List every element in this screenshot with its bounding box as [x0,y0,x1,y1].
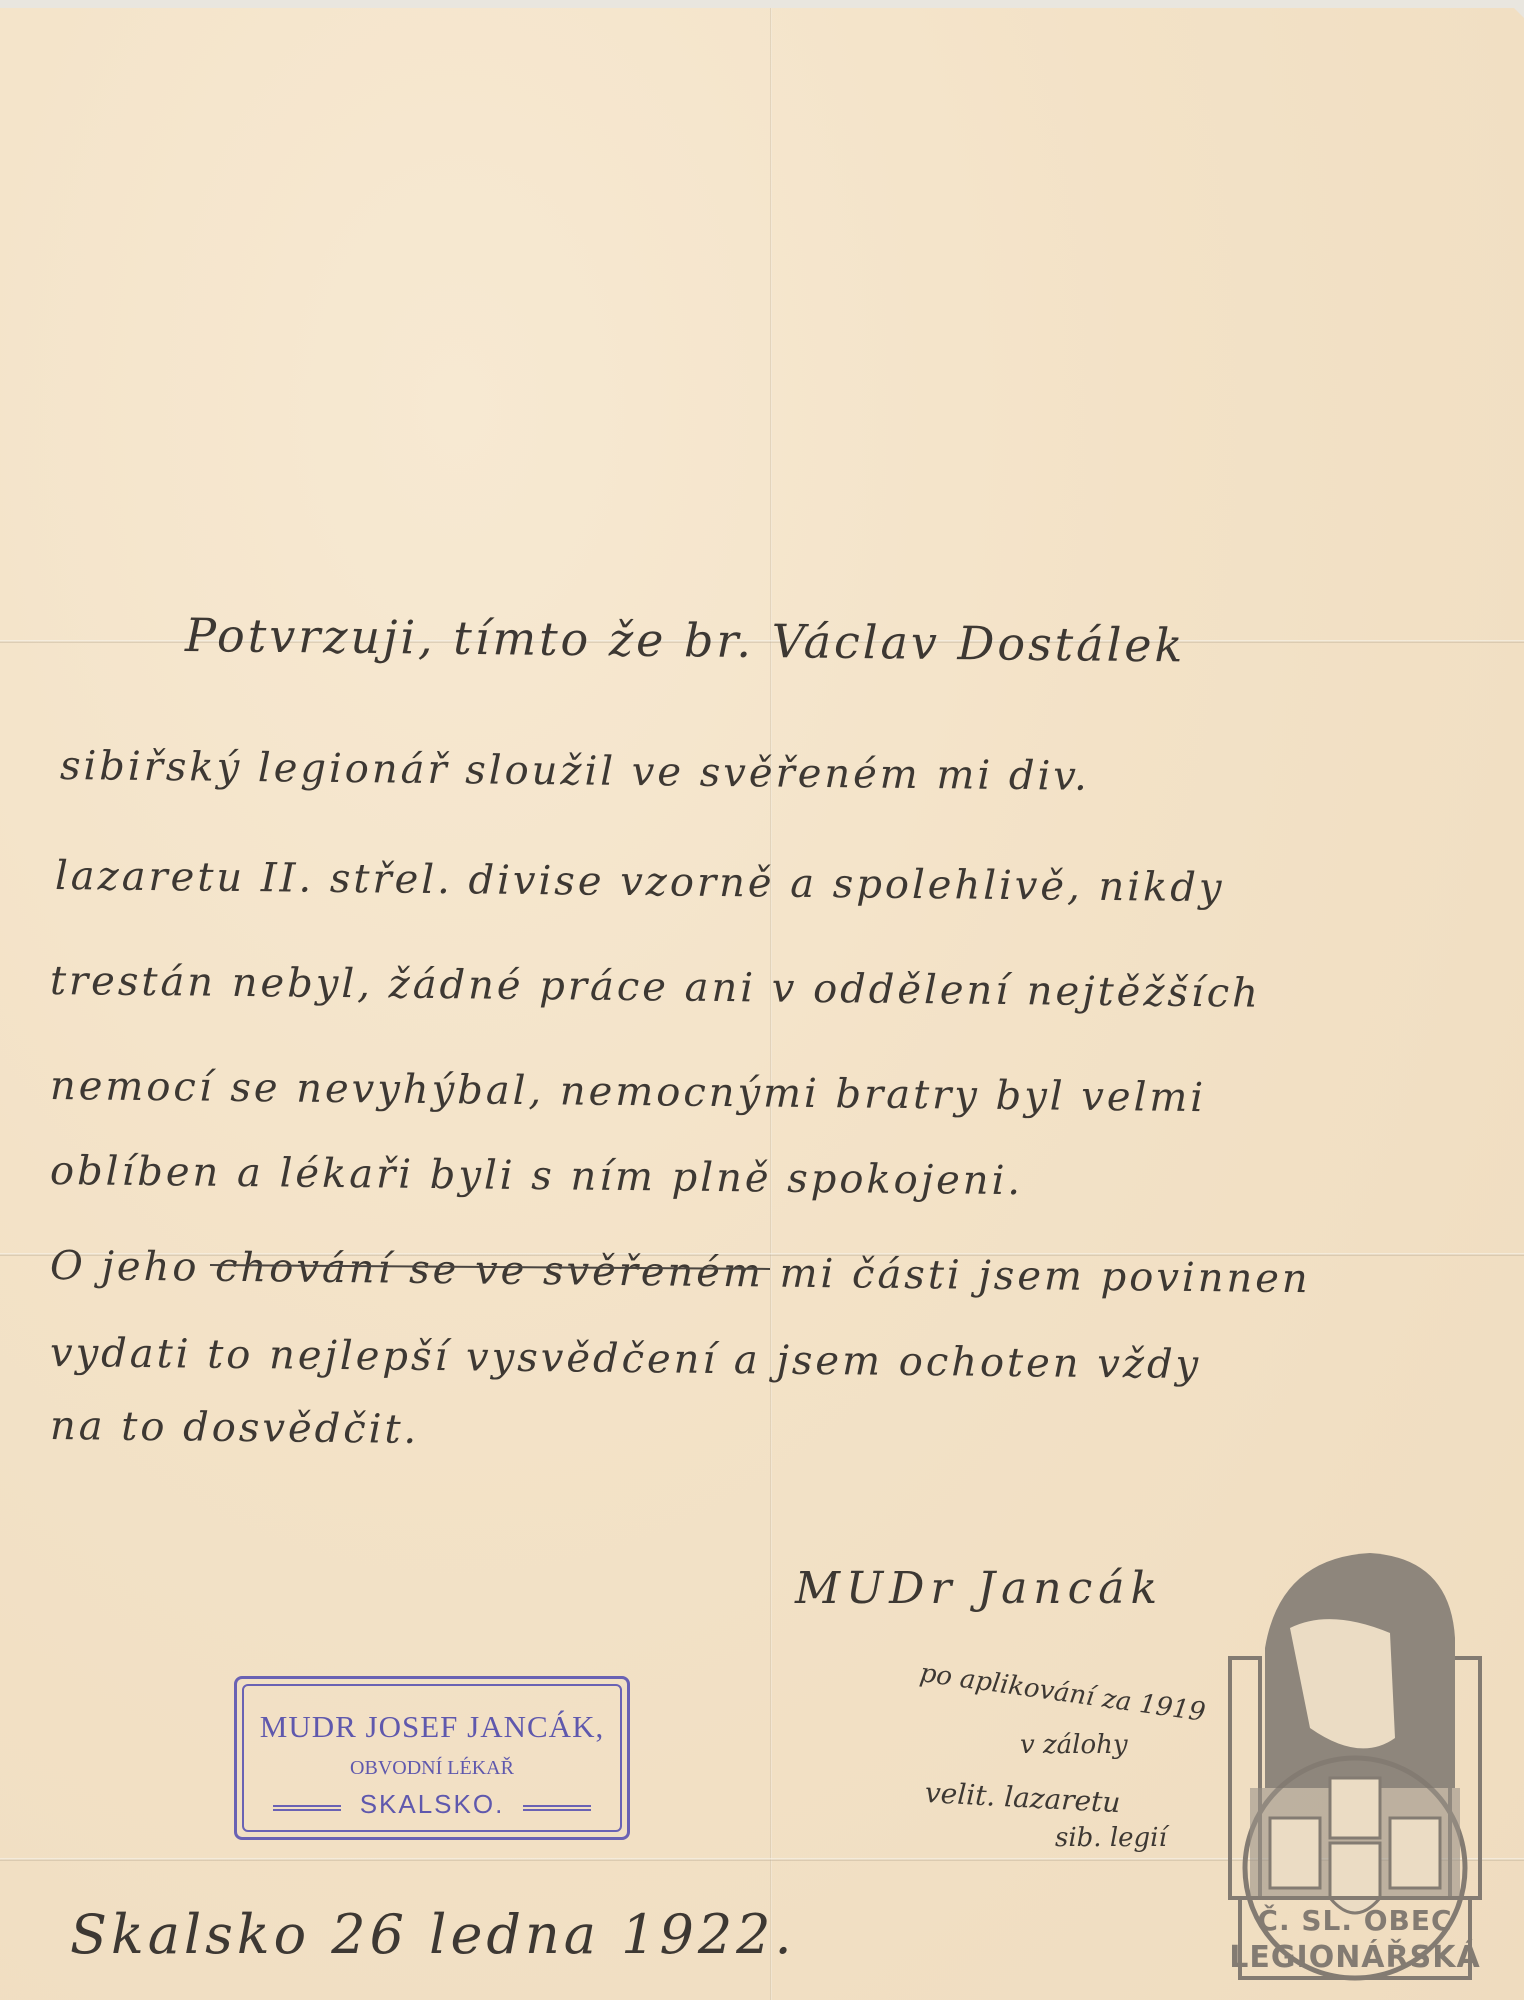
body-line-7: O jeho chování se ve svěřeném mi části j… [50,1243,1311,1302]
stamp-rule-right [523,1805,591,1811]
body-line-5: nemocí se nevyhýbal, nemocnými bratry by… [50,1063,1207,1121]
legion-watermark-logo: Č. SL. OBEC LEGIONÁŘSKÁ [1220,1538,1490,1988]
body-line-2: sibiřský legionář sloužil ve svěřeném mi… [60,743,1090,800]
stamp-name: MUDR JOSEF JANCÁK, [237,1709,627,1745]
paper-sheet: Potvrzuji, tímto že br. Václav Dostálek … [0,8,1524,2000]
signature-title-4: sib. legií [1055,1823,1167,1853]
signature: MUDr Jancák [795,1563,1163,1614]
doctor-rubber-stamp: MUDR JOSEF JANCÁK, OBVODNÍ LÉKAŘ SKALSKO… [234,1676,630,1840]
body-line-6: oblíben a lékaři byli s ním plně spokoje… [50,1148,1024,1204]
logo-text-top: Č. SL. OBEC [1220,1904,1490,1937]
signature-title-2: v zálohy [1020,1730,1128,1760]
place-and-date: Skalsko 26 ledna 1922. [70,1903,796,1966]
body-line-9: na to dosvědčit. [50,1403,420,1453]
body-line-8: vydati to nejlepší vysvědčení a jsem och… [50,1330,1202,1388]
body-line-1: Potvrzuji, tímto že br. Václav Dostálek [185,608,1186,672]
body-line-3: lazaretu II. střel. divise vzorně a spol… [55,853,1225,911]
stamp-title: OBVODNÍ LÉKAŘ [237,1757,627,1780]
logo-text-bottom: LEGIONÁŘSKÁ [1220,1940,1490,1975]
body-line-4: trestán nebyl, žádné práce ani v oddělen… [50,958,1261,1017]
